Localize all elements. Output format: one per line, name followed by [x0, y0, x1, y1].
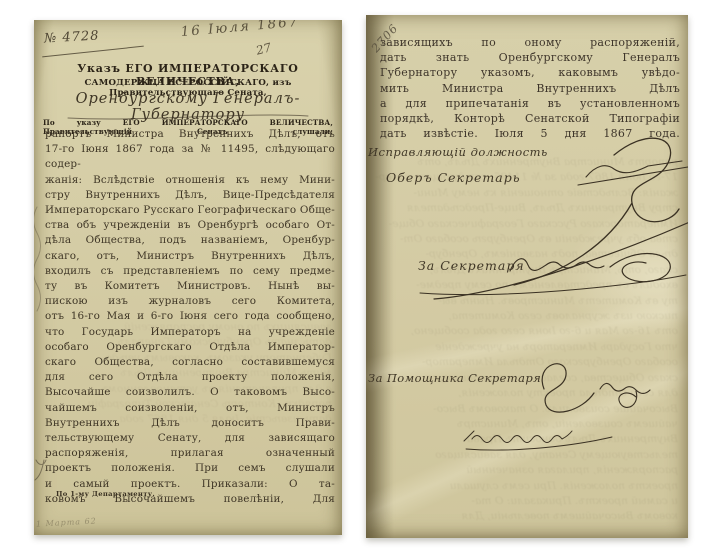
handwritten-line: отъ 16-го Мая и 6-го Іюня сего года сооб…	[45, 309, 335, 324]
ghost-line: распоряженія, прилагая означенный	[376, 463, 678, 478]
handwritten-line: входилъ съ представленіемъ по сему предм…	[45, 264, 335, 279]
handwritten-line: дать знать Оренбургскому Генералъ	[380, 50, 680, 65]
doc-number: № 4728	[44, 29, 100, 47]
handwritten-line: скаго Общества, согласно составившемуся	[45, 355, 335, 370]
handwritten-line: Губернатору указомъ, каковымъ увѣдо-	[380, 65, 680, 80]
assistant-secretary-signature	[516, 355, 656, 417]
ghost-line: и самый проектъ. Приказали: О та-	[376, 494, 678, 509]
ghost-line: пискою изъ журналовъ сего Комитета,	[376, 309, 678, 324]
handwritten-line: порядкѣ, Конторѣ Сенатской Типографіи	[380, 111, 680, 126]
handwritten-line: ковомъ Высочайшемъ повелѣніи, Для	[45, 492, 335, 507]
handwritten-line: а для припечатанія въ установленномъ	[380, 96, 680, 111]
pencil-note: 1 Марта 62	[36, 516, 97, 528]
handwritten-line: рапортъ Министра Внутреннихъ Дѣлъ, отъ	[45, 127, 335, 142]
handwritten-line: мить Министра Внутреннихъ Дѣлъ	[380, 81, 680, 96]
body-text: рапортъ Министра Внутреннихъ Дѣлъ, отъ17…	[45, 127, 335, 507]
handwritten-line: скаго, отъ, Министръ Внутреннихъ Дѣлъ,	[45, 249, 335, 264]
ghost-line: ковомъ Высочайшемъ повелѣніи, Для	[376, 509, 678, 524]
handwritten-line: ства объ учрежденіи въ Оренбургѣ особаго…	[45, 218, 335, 233]
ghost-line: проектъ положенія. При семъ слушали	[376, 479, 678, 494]
ghost-line: что Государь Императоръ на учрежденіе	[376, 340, 678, 355]
handwritten-line: тельствующему Сенату, для зависящаго	[45, 431, 335, 446]
doc-number-underline	[42, 46, 144, 58]
left-page: зависящихъ по оному распоряженій,дать зн…	[34, 20, 342, 535]
handwritten-line: ту въ Комитетъ Министровъ. Нынѣ вы-	[45, 279, 335, 294]
handwritten-line: проектъ положенія. При семъ слушали	[45, 461, 335, 476]
closing-body-text: зависящихъ по оному распоряженій,дать зн…	[380, 35, 680, 141]
handwritten-line: 17-го Іюня 1867 года за № 11495, слѣдующ…	[45, 142, 335, 172]
handwritten-line: зависящихъ по оному распоряженій,	[380, 35, 680, 50]
handwritten-line: особаго Оренбургскаго Отдѣла Император-	[45, 340, 335, 355]
received-date-note: 16 Іюля 1867	[142, 20, 339, 44]
ghost-line: отъ 16-го Мая и 6-го Іюня сего года сооб…	[376, 324, 678, 339]
handwritten-line: Высочайше соизволилъ. О таковомъ Высо-	[45, 385, 335, 400]
handwritten-line: жанія: Вслѣдствіе отношенія къ нему Мини…	[45, 173, 335, 188]
handwritten-line: дѣла Общества, подъ названіемъ, Оренбур-	[45, 233, 335, 248]
right-page: рапортъ Министра Внутреннихъ Дѣлъ, отъ17…	[366, 15, 688, 538]
margin-annotation-squiggle	[34, 205, 44, 315]
handwritten-line: пискою изъ журналовъ сего Комитета,	[45, 294, 335, 309]
received-number-note: 27	[255, 40, 273, 57]
handwritten-line: чайшемъ соизволеніи, отъ, Министръ	[45, 401, 335, 416]
handwritten-line: стру Внутреннихъ Дѣлъ, Вице-Предсѣдателя	[45, 188, 335, 203]
document-scan: зависящихъ по оному распоряженій,дать зн…	[0, 0, 715, 550]
handwritten-line: Внутреннихъ Дѣлъ доноситъ Прави-	[45, 416, 335, 431]
for-secretary-signature	[414, 247, 688, 301]
handwritten-line: и самый проектъ. Приказали: О та-	[45, 477, 335, 492]
clerk-scribble-signature	[458, 425, 618, 455]
handwritten-line: Императорскаго Русскаго Географическаго …	[45, 203, 335, 218]
handwritten-line: распоряженія, прилагая означенный	[45, 446, 335, 461]
handwritten-line: для сего Отдѣла проекту положенія,	[45, 370, 335, 385]
handwritten-line: что Государь Императоръ на учрежденіе	[45, 325, 335, 340]
